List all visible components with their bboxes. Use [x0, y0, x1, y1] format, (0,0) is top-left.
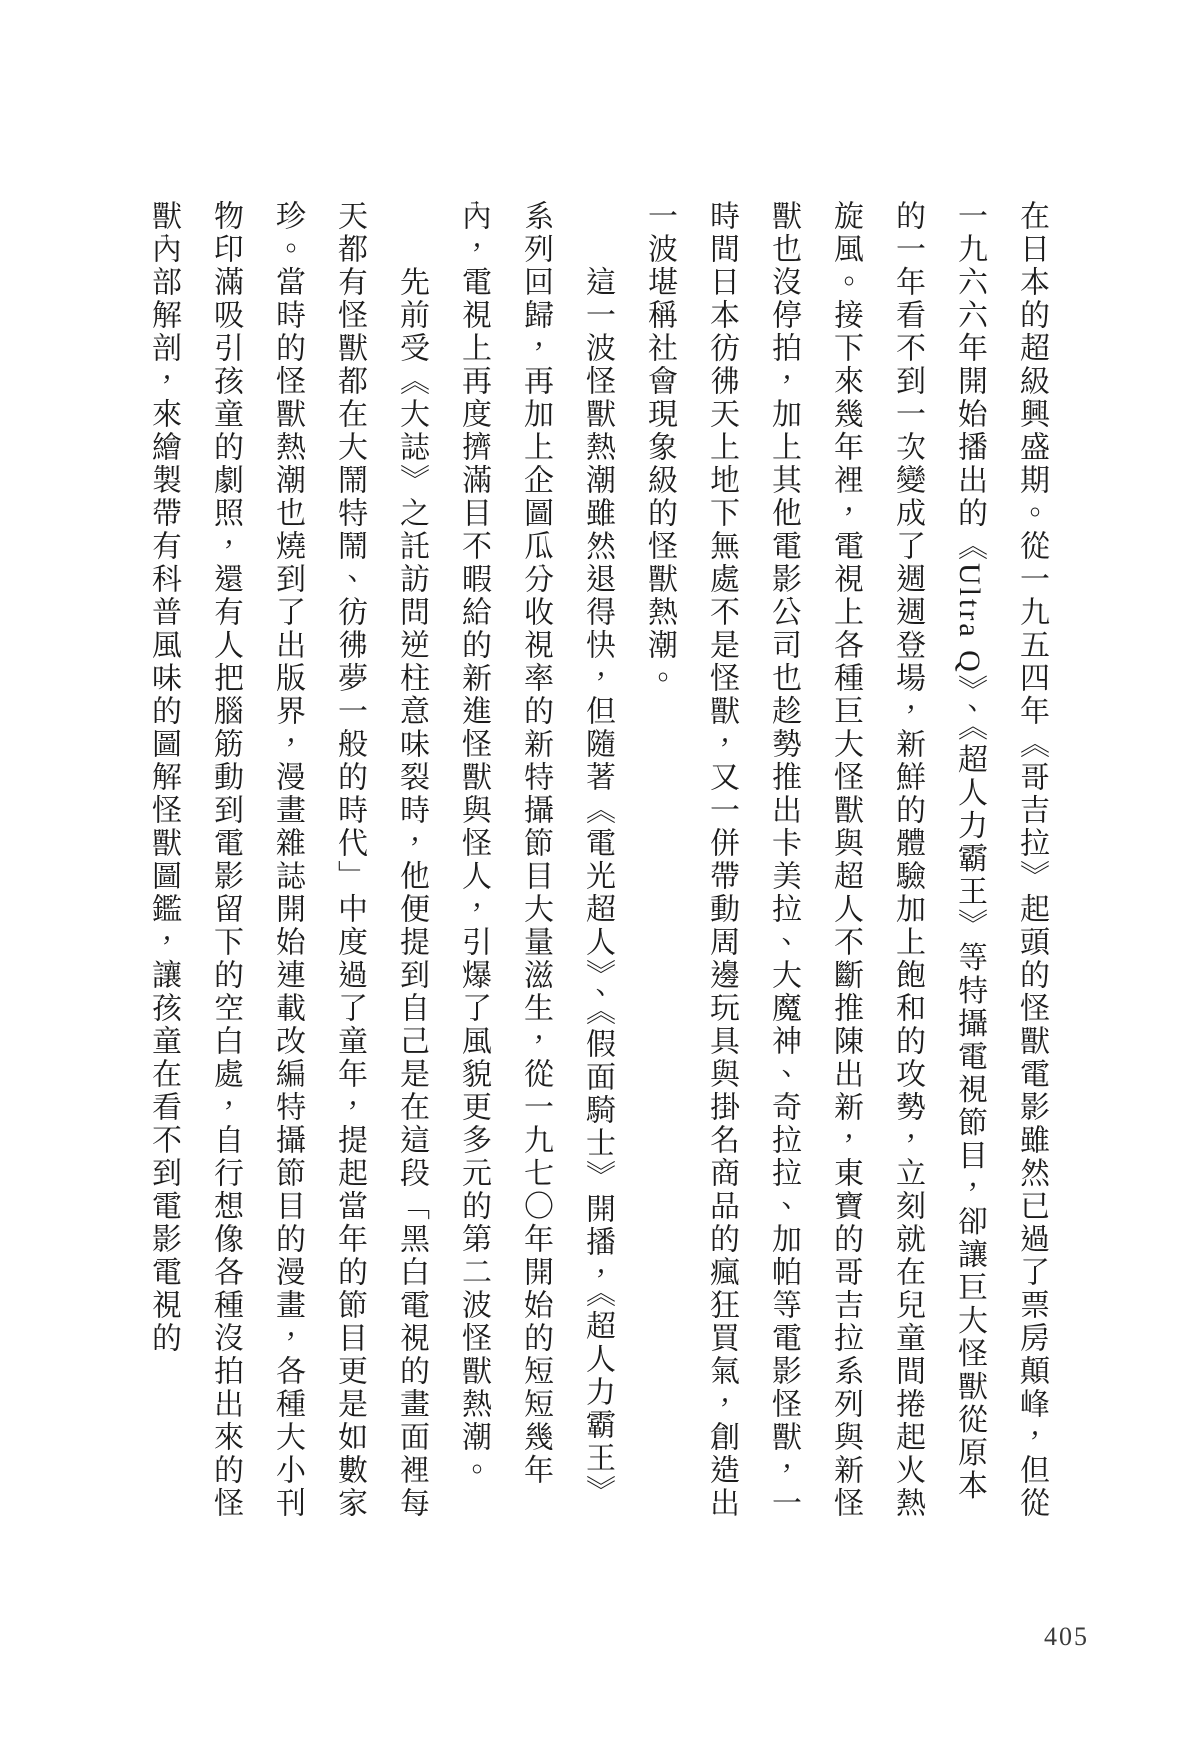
book-page: 在日本的超級興盛期。從一九五四年《哥吉拉》起頭的怪獸電影雖然已過了票房顛峰，但從… [0, 0, 1200, 1752]
vertical-text-block: 在日本的超級興盛期。從一九五四年《哥吉拉》起頭的怪獸電影雖然已過了票房顛峰，但從… [130, 200, 1062, 1532]
paragraph-3: 先前受《大誌》之託訪問逆柱意味裂時，他便提到自己是在這段「黑白電視的畫面裡每天都… [132, 200, 442, 1532]
page-number: 405 [1044, 1622, 1089, 1652]
paragraph-2: 這一波怪獸熱潮雖然退得快，但隨著《電光超人》、《假面騎士》開播，《超人力霸王》系… [442, 200, 628, 1532]
paragraph-1: 在日本的超級興盛期。從一九五四年《哥吉拉》起頭的怪獸電影雖然已過了票房顛峰，但從… [628, 200, 1062, 1532]
